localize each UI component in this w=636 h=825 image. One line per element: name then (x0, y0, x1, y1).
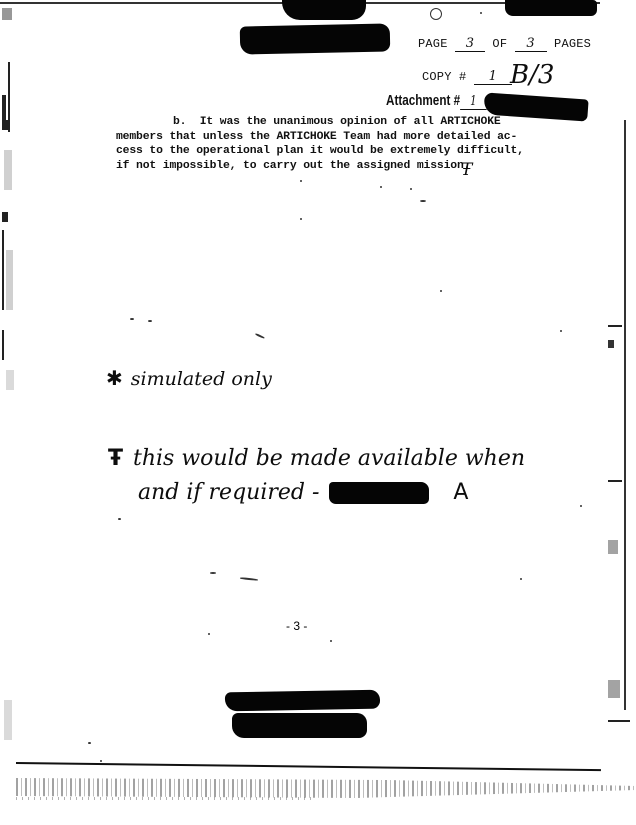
footer-page-number: - 3 - (286, 619, 307, 633)
redaction-top-center-upper (282, 0, 366, 20)
of-label: OF (492, 37, 507, 51)
body-paragraph: b. It was the unanimous opinion of all A… (116, 115, 516, 173)
footnote-mark-icon: Ŧ (108, 446, 123, 471)
copy-label: COPY # (422, 70, 466, 84)
page-total-value: 3 (526, 36, 534, 51)
scan-bottom-noise (16, 778, 636, 798)
handwritten-note-simulated: ✱simulated only (106, 366, 272, 390)
scan-bottom-rule (16, 762, 601, 771)
copy-number-field: 1 (474, 70, 512, 85)
note-text-line1: this would be made available when (133, 446, 525, 471)
scan-left-edge (0, 0, 14, 780)
note-initial: A (453, 480, 468, 505)
note-text-line2: and if required - (138, 480, 319, 505)
redaction-bottom-center-lower (232, 713, 367, 738)
asterisk-icon: ✱ (106, 366, 123, 390)
copy-line: COPY # 1 (422, 70, 512, 85)
page-number-field: 3 (455, 37, 485, 52)
redaction-handwritten-signature (329, 482, 429, 504)
attachment-number-value: 1 (470, 94, 476, 109)
paragraph-line: b. It was the unanimous opinion of all A… (116, 115, 516, 130)
redaction-bottom-center (225, 690, 380, 712)
footnote-mark: Ŧ (461, 160, 472, 180)
paragraph-line: cess to the operational plan it would be… (116, 144, 516, 159)
page-total-field: 3 (515, 37, 547, 52)
paragraph-line: if not impossible, to carry out the assi… (116, 159, 516, 174)
attachment-number-field: 1 (460, 92, 487, 110)
attachment-label: Attachment # (386, 92, 460, 109)
redaction-top-right (505, 0, 597, 16)
copy-number-value: 1 (489, 69, 497, 84)
attachment-line: Attachment #1 (386, 92, 487, 110)
note-text: simulated only (131, 368, 272, 390)
scan-right-edge (608, 120, 636, 760)
handwritten-note-availability: Ŧthis would be made available when and i… (108, 442, 525, 510)
document-page: PAGE 3 OF 3 PAGES COPY # 1 B/3 Attachmen… (0, 0, 636, 825)
page-number-value: 3 (466, 36, 474, 51)
page-label: PAGE (418, 37, 448, 51)
copy-handwritten-annotation: B/3 (510, 60, 554, 90)
scan-bottom-noise (16, 797, 316, 800)
page-count-line: PAGE 3 OF 3 PAGES (418, 37, 591, 52)
redaction-top-center-lower (240, 23, 391, 54)
pages-label: PAGES (554, 37, 591, 51)
paragraph-line: members that unless the ARTICHOKE Team h… (116, 130, 516, 145)
